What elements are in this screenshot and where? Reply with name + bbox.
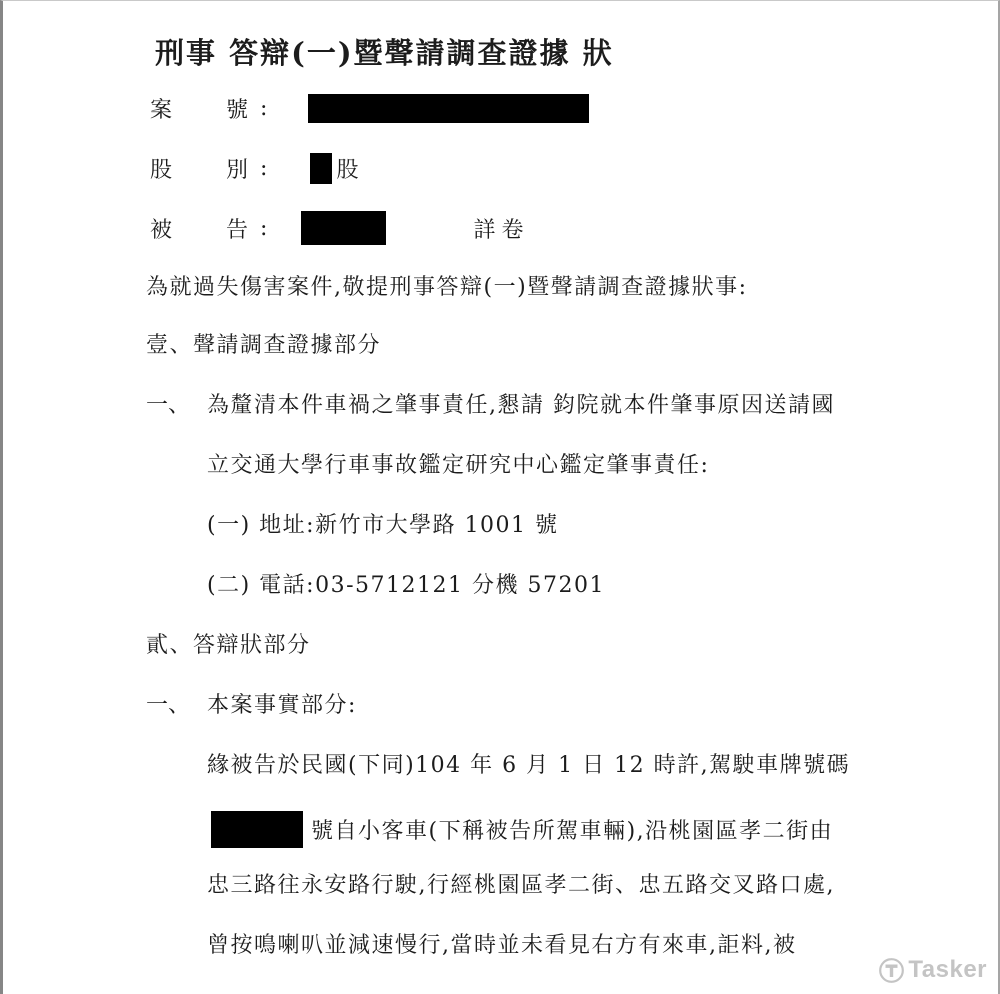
section2-body-line2-text: 號自小客車(下稱被告所駕車輛),沿桃園區孝二街由 — [311, 814, 833, 845]
section2-body-line4: 曾按鳴喇叭並減速慢行,當時並未看見右方有來車,詎料,被 — [207, 934, 796, 958]
field-colon: : — [260, 216, 267, 241]
field-label-division-char2: 別 — [226, 153, 248, 184]
section1-sub2-phone: (二) 電話:03-5712121 分機 57201 — [207, 574, 605, 598]
document-title: 刑事 答辯(一)暨聲請調查證據 狀 — [155, 31, 614, 72]
field-label-case-char1: 案 — [150, 93, 172, 124]
redaction-box-division — [310, 153, 332, 184]
section2-body-line1: 緣被告於民國(下同)104 年 6 月 1 日 12 時許,駕駛車牌號碼 — [207, 754, 850, 778]
section2-heading: 貳、答辯狀部分 — [146, 634, 311, 658]
field-colon: : — [260, 156, 267, 181]
section2-body-line2: 號自小客車(下稱被告所駕車輛),沿桃園區孝二街由 — [211, 811, 833, 848]
legal-document-page: 刑事 答辯(一)暨聲請調查證據 狀 案 號 : 股 別 : 股 被 告 : 詳卷… — [0, 0, 1000, 994]
field-label-defendant-char1: 被 — [150, 213, 172, 244]
list-marker: 一、 — [146, 694, 207, 718]
defendant-note: 詳卷 — [473, 213, 529, 244]
section2-item1-text: 本案事實部分: — [207, 694, 357, 718]
field-row-case-number: 案 號 : — [150, 91, 589, 125]
section1-item1-line1: 一、 為釐清本件車禍之肇事責任,懇請 鈞院就本件肇事原因送請國 — [146, 394, 835, 418]
section1-sub1-address: (一) 地址:新竹市大學路 1001 號 — [207, 514, 559, 538]
watermark-text: Tasker — [908, 956, 987, 984]
section1-heading: 壹、聲請調查證據部分 — [146, 334, 381, 358]
division-suffix: 股 — [336, 153, 358, 184]
preamble-line: 為就過失傷害案件,敬提刑事答辯(一)暨聲請調查證據狀事: — [146, 276, 748, 300]
list-marker: 一、 — [146, 394, 207, 418]
redaction-box-case-number — [308, 94, 589, 123]
redaction-box-defendant — [301, 211, 386, 245]
field-label-division-char1: 股 — [150, 153, 172, 184]
section1-item1-text: 為釐清本件車禍之肇事責任,懇請 鈞院就本件肇事原因送請國 — [207, 394, 835, 418]
section1-item1-line2: 立交通大學行車事故鑑定研究中心鑑定肇事責任: — [207, 454, 709, 478]
redaction-box-license-plate — [211, 811, 303, 848]
watermark: Tasker — [878, 956, 987, 984]
section2-body-line3: 忠三路往永安路行駛,行經桃園區孝二街、忠五路交叉路口處, — [207, 874, 835, 898]
field-row-defendant: 被 告 : 詳卷 — [150, 211, 529, 245]
section2-item1: 一、 本案事實部分: — [146, 694, 357, 718]
tasker-logo-icon — [878, 957, 905, 984]
field-colon: : — [260, 96, 267, 121]
field-label-case-char2: 號 — [226, 93, 248, 124]
field-row-division: 股 別 : 股 — [150, 151, 358, 185]
field-label-defendant-char2: 告 — [226, 213, 248, 244]
